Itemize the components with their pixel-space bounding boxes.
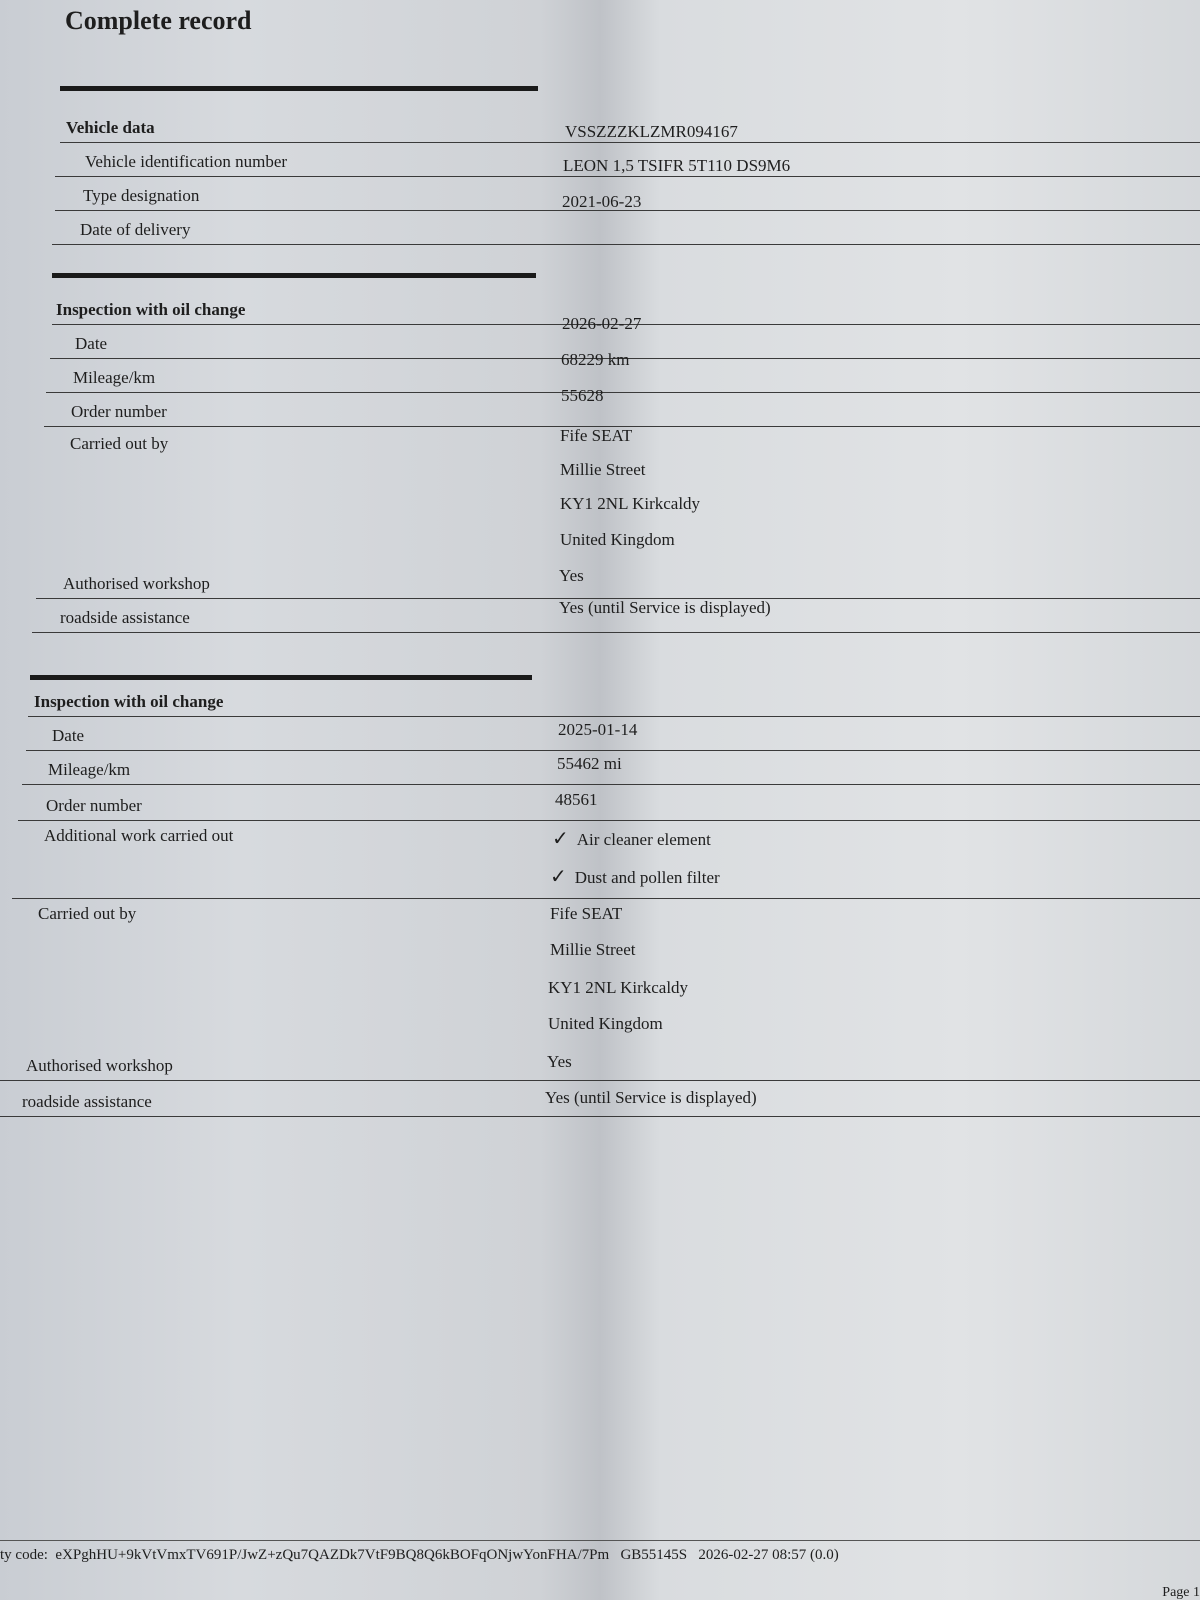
dealer-id: GB55145S (620, 1547, 687, 1563)
table-row: roadside assistance Yes (until Service i… (32, 598, 1200, 633)
carried-label: Carried out by (70, 434, 168, 454)
type-value: LEON 1,5 TSIFR 5T110 DS9M6 (563, 156, 790, 176)
date-value: 2025-01-14 (558, 720, 637, 740)
table-row: Authorised workshop Yes (36, 564, 1200, 599)
roadside-value: Yes (until Service is displayed) (545, 1088, 757, 1108)
carried-line: United Kingdom (560, 530, 675, 550)
type-label: Type designation (83, 186, 199, 206)
section-divider (52, 273, 536, 278)
inspection2-header: Inspection with oil change (34, 692, 223, 712)
delivery-label: Date of delivery (80, 220, 190, 240)
inspection2-header-row: Inspection with oil change (28, 682, 1200, 717)
delivery-value: 2021-06-23 (562, 192, 641, 212)
carried-line: Fife SEAT (550, 904, 622, 924)
additional-label: Additional work carried out (44, 826, 233, 846)
vin-value: VSSZZZKLZMR094167 (565, 122, 738, 142)
table-row: Mileage/km 68229 km (46, 358, 1200, 393)
carried-line: KY1 2NL Kirkcaldy (560, 494, 700, 514)
authorised-value: Yes (547, 1052, 572, 1072)
carried-label: Carried out by (38, 904, 136, 924)
roadside-value: Yes (until Service is displayed) (559, 598, 771, 618)
additional-item-label: Air cleaner element (577, 830, 711, 849)
additional-item: ✓Air cleaner element (552, 826, 711, 851)
roadside-label: roadside assistance (60, 608, 190, 628)
table-row: Date 2025-01-14 (26, 716, 1200, 751)
check-icon: ✓ (550, 866, 567, 888)
carried-line: Millie Street (550, 940, 635, 960)
additional-item: ✓Dust and pollen filter (550, 864, 720, 889)
footer: ty code: eXPghHU+9kVtVmxTV691P/JwZ+zQu7Q… (0, 1540, 1200, 1564)
table-row: Additional work carried out ✓Air cleaner… (12, 822, 1200, 899)
page-title: Complete record (65, 6, 252, 36)
mileage-label: Mileage/km (73, 368, 155, 388)
table-row: Authorised workshop Yes (0, 1046, 1200, 1081)
section-divider (30, 675, 532, 680)
timestamp: 2026-02-27 08:57 (0.0) (698, 1547, 838, 1563)
mileage-value: 55462 mi (557, 754, 622, 774)
table-row: Mileage/km 55462 mi (22, 750, 1200, 785)
inspection1-header: Inspection with oil change (56, 300, 245, 320)
table-row: Date of delivery 2021-06-23 (52, 210, 1200, 245)
order-label: Order number (71, 402, 167, 422)
section-divider (60, 86, 538, 91)
vehicle-header: Vehicle data (66, 118, 155, 138)
authorised-label: Authorised workshop (26, 1056, 173, 1076)
date-value: 2026-02-27 (562, 314, 641, 334)
additional-item-label: Dust and pollen filter (575, 868, 720, 887)
order-value: 48561 (555, 790, 598, 810)
check-icon: ✓ (552, 828, 569, 850)
table-row: Order number 48561 (18, 786, 1200, 821)
date-label: Date (75, 334, 107, 354)
date-label: Date (52, 726, 84, 746)
page-number: Page 1 (1162, 1585, 1200, 1600)
carried-line: Fife SEAT (560, 426, 632, 446)
security-code: eXPghHU+9kVtVmxTV691P/JwZ+zQu7QAZDk7VtF9… (55, 1547, 609, 1563)
table-row: Order number 55628 (44, 392, 1200, 427)
order-label: Order number (46, 796, 142, 816)
roadside-label: roadside assistance (22, 1092, 152, 1112)
authorised-label: Authorised workshop (63, 574, 210, 594)
order-value: 55628 (561, 386, 604, 406)
authorised-value: Yes (559, 566, 584, 586)
carried-line: KY1 2NL Kirkcaldy (548, 978, 688, 998)
carried-line: United Kingdom (548, 1014, 663, 1034)
mileage-label: Mileage/km (48, 760, 130, 780)
mileage-value: 68229 km (561, 350, 629, 370)
vin-label: Vehicle identification number (85, 152, 287, 172)
carried-line: Millie Street (560, 460, 645, 480)
table-row: roadside assistance Yes (until Service i… (0, 1082, 1200, 1117)
code-label: ty code: (0, 1547, 48, 1563)
